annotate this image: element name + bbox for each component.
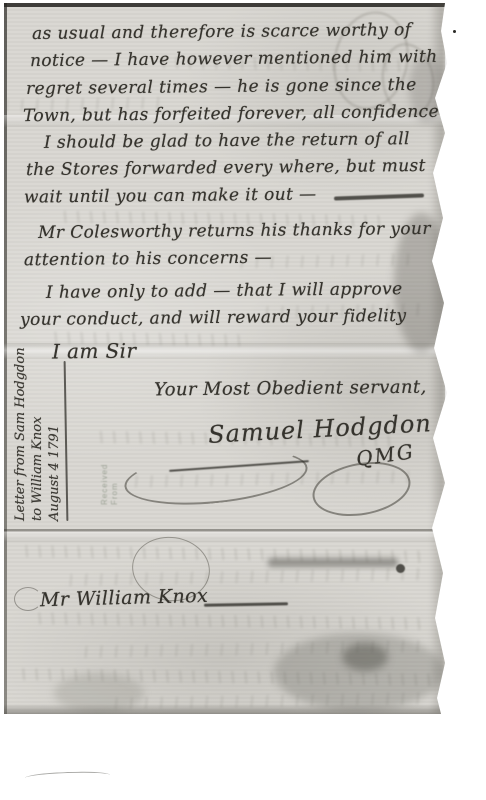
- address-flourish-c: [14, 587, 42, 611]
- closing-valediction: Your Most Obedient servant,: [154, 377, 427, 401]
- scan-edge-top: [4, 3, 445, 7]
- ink-bleed-through: [34, 612, 424, 629]
- letter-line: as usual and therefore is scarce worthy …: [32, 20, 412, 44]
- docket-underline: [64, 361, 69, 521]
- ink-blot: [396, 564, 405, 573]
- letter-line: the Stores forwarded every where, but mu…: [26, 156, 426, 180]
- letter-line: I have only to add — that I will approve: [46, 279, 403, 303]
- letter-line: your conduct, and will reward your fidel…: [20, 306, 407, 330]
- ink-bleed-through: [64, 568, 424, 586]
- letter-line: I should be glad to have the return of a…: [44, 129, 410, 153]
- scan-speck: [453, 30, 456, 33]
- ink-smear: [268, 558, 398, 567]
- received-stamp: Received From: [100, 427, 120, 505]
- stamp-line: From: [110, 427, 120, 505]
- docket-note: Letter from Sam Hodgdon to William Knox …: [12, 353, 67, 521]
- signature-flourish: [122, 442, 310, 513]
- letter-line: regret several times — he is gone since …: [26, 75, 417, 99]
- letter-line: notice — I have however mentioned him wi…: [30, 47, 438, 71]
- address-line: Mr William Knox: [40, 585, 209, 611]
- ink-blot: [342, 643, 388, 671]
- letter-paper-scan: as usual and therefore is scarce worthy …: [4, 3, 445, 714]
- address-dash: [204, 602, 288, 606]
- letter-line: Mr Colesworthy returns his thanks for yo…: [38, 219, 431, 243]
- fold-crease: [4, 529, 445, 542]
- stain: [54, 673, 144, 713]
- letter-line: wait until you can make it out —: [24, 184, 317, 207]
- pencil-mark: [25, 771, 110, 783]
- docket-line: August 4 1791: [46, 353, 63, 521]
- docket-line: Letter from Sam Hodgdon: [12, 353, 29, 521]
- docket-line: to William Knox: [29, 353, 46, 521]
- stamp-line: Received: [100, 427, 110, 505]
- scanned-letter-page: { "letter": { "body_lines": [ "as usual …: [0, 0, 486, 800]
- ink-dash: [334, 193, 424, 200]
- letter-line: attention to his concerns —: [24, 248, 272, 271]
